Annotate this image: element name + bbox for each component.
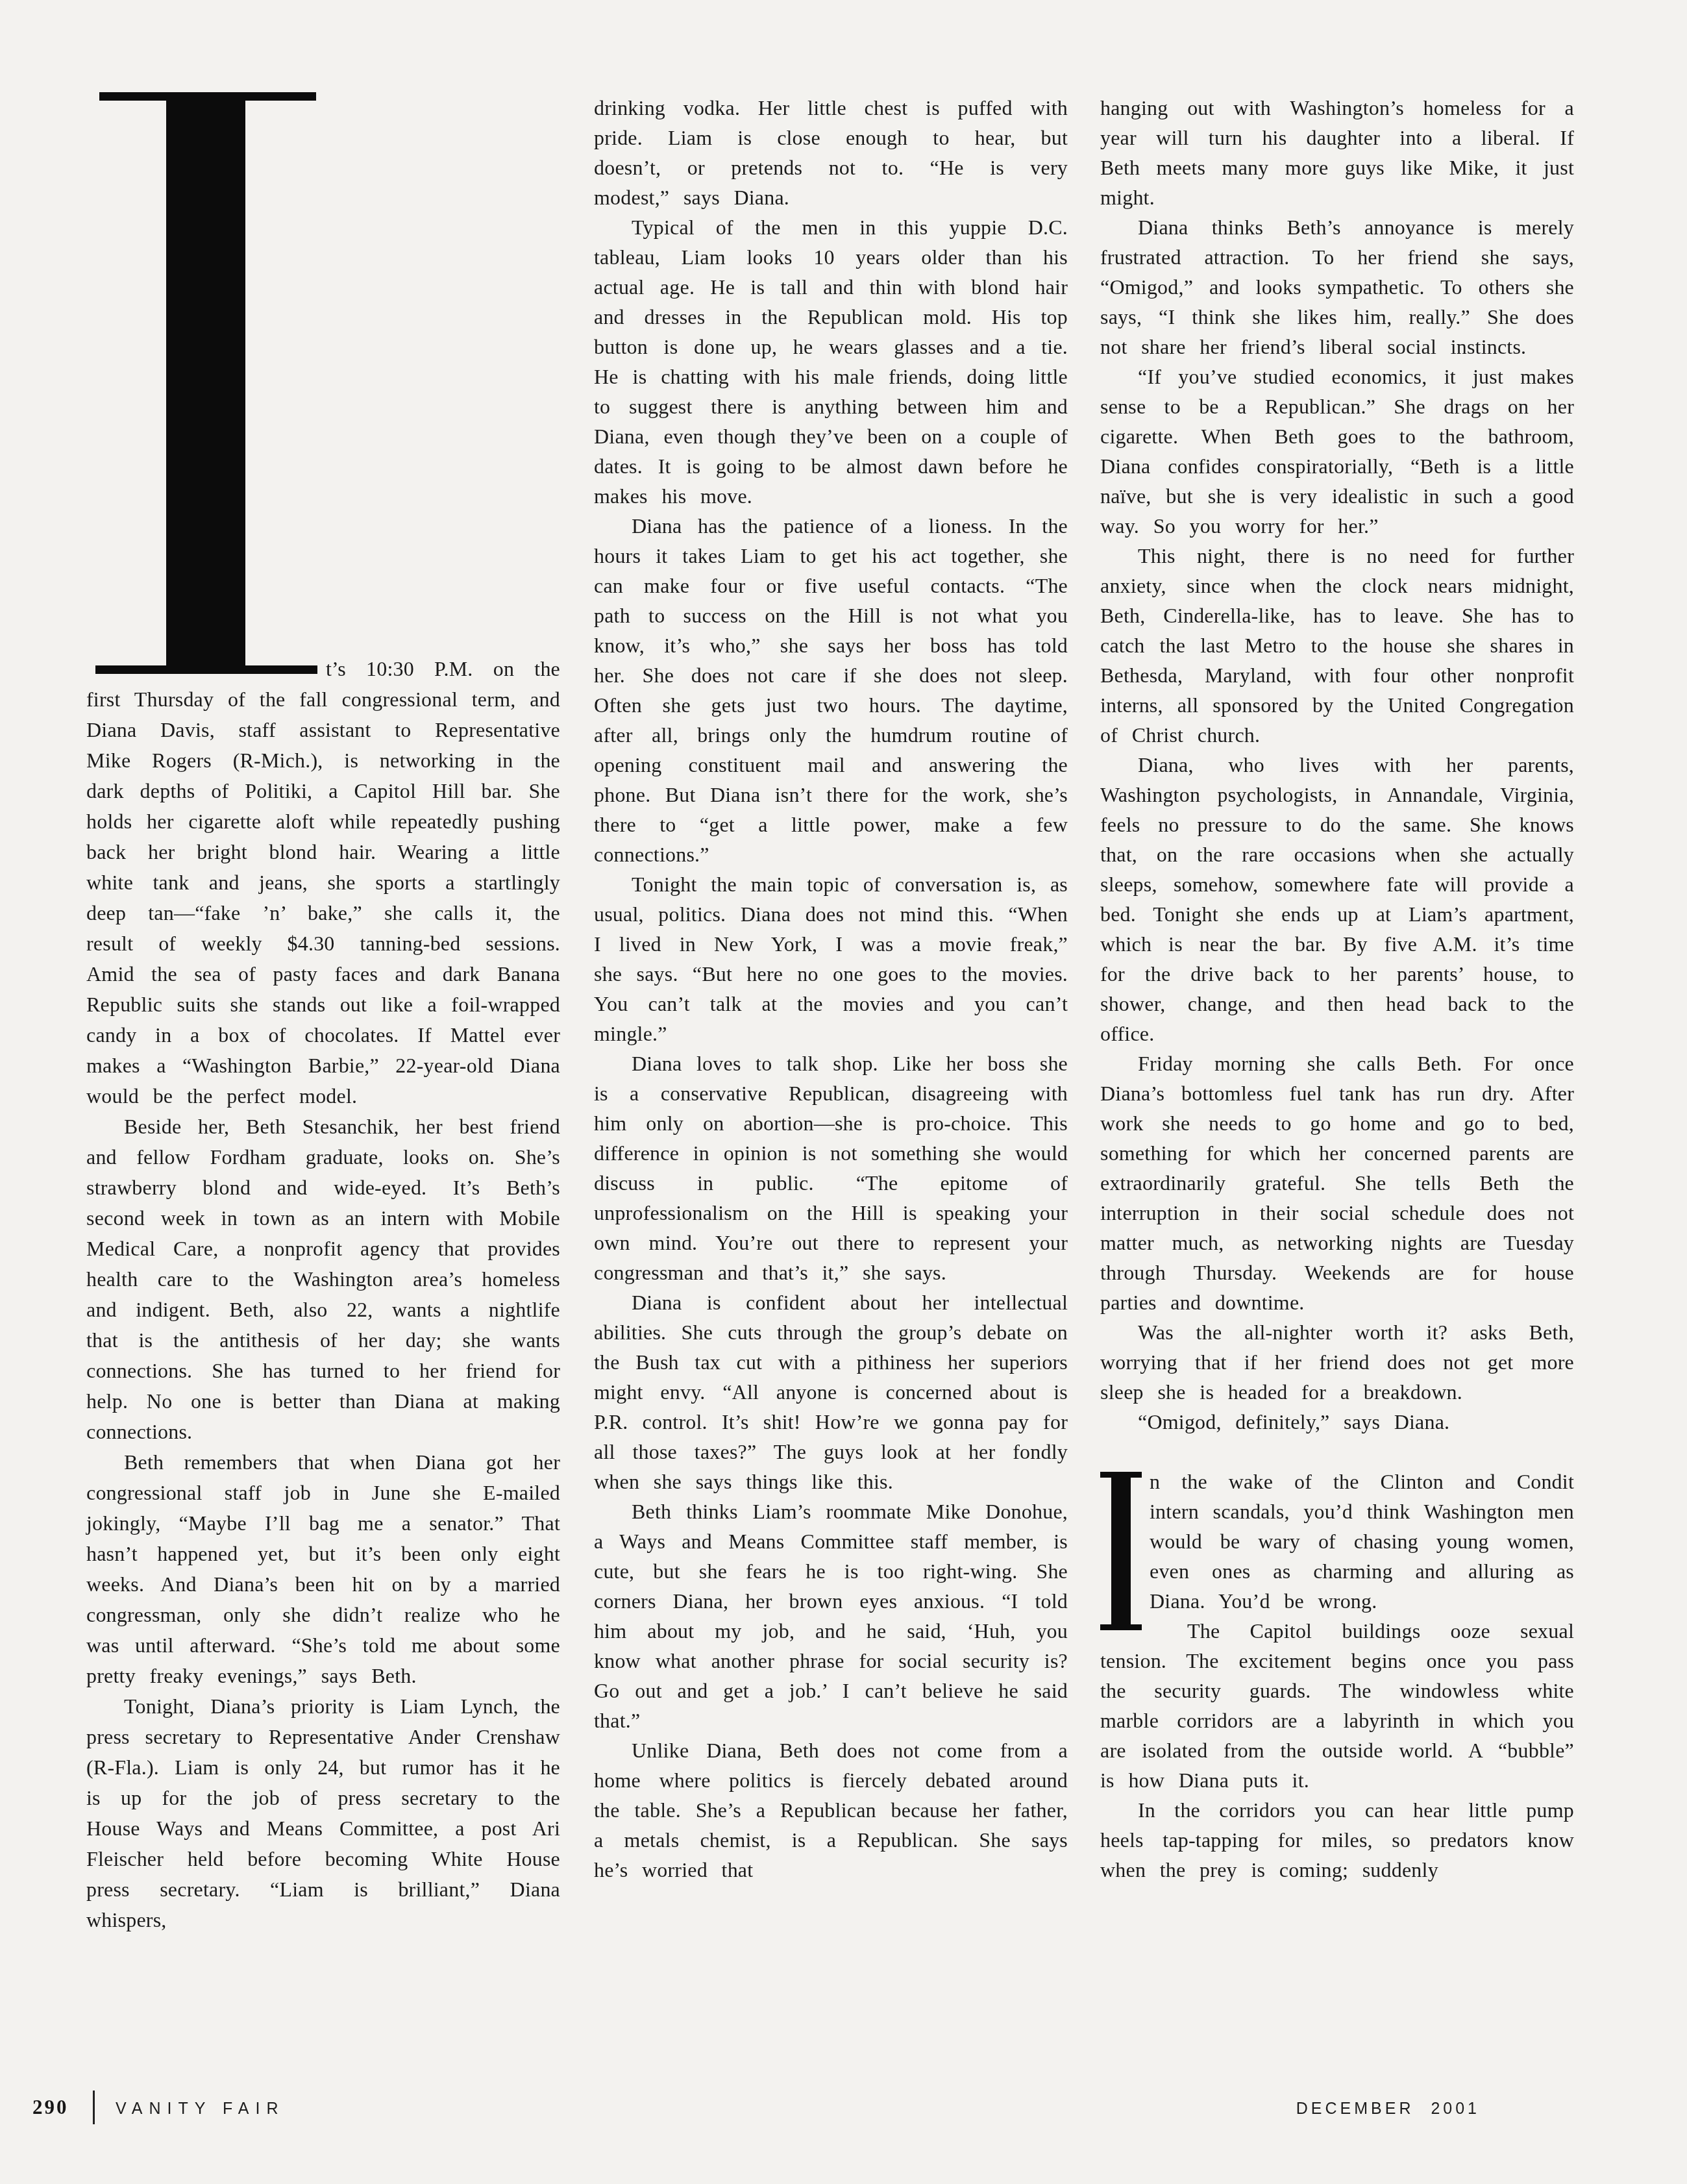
body-paragraph: t’s 10:30 P.M. on the first Thursday of … <box>86 654 560 1111</box>
body-paragraph: Diana, who lives with her parents, Washi… <box>1100 750 1574 1049</box>
magazine-name: VANITY FAIR <box>116 2100 285 2118</box>
body-paragraph: Tonight the main topic of conversation i… <box>594 869 1068 1049</box>
body-paragraph: Tonight, Diana’s priority is Liam Lynch,… <box>86 1691 560 1935</box>
body-paragraph: drinking vodka. Her little chest is puff… <box>594 93 1068 212</box>
column-1: t’s 10:30 P.M. on the first Thursday of … <box>86 654 560 1935</box>
section-opening-paragraph: n the wake of the Clinton and Condit int… <box>1100 1467 1574 1616</box>
body-paragraph: This night, there is no need for further… <box>1100 541 1574 750</box>
column-3: hanging out with Washington’s homeless f… <box>1100 93 1574 1885</box>
page-number: 290 <box>32 2096 69 2119</box>
body-paragraph: Diana has the patience of a lioness. In … <box>594 511 1068 869</box>
drop-cap-stem <box>166 92 245 674</box>
body-paragraph: Beth thinks Liam’s roommate Mike Donohue… <box>594 1496 1068 1735</box>
body-paragraph: Unlike Diana, Beth does not come from a … <box>594 1735 1068 1885</box>
magazine-page: t’s 10:30 P.M. on the first Thursday of … <box>0 0 1687 2184</box>
drop-cap-stem <box>1111 1472 1131 1630</box>
body-paragraph: Diana is confident about her intellectua… <box>594 1287 1068 1496</box>
body-paragraph: Beth remembers that when Diana got her c… <box>86 1447 560 1691</box>
body-paragraph: The Capitol buildings ooze sexual tensio… <box>1100 1616 1574 1795</box>
body-paragraph-text: n the wake of the Clinton and Condit int… <box>1150 1470 1574 1613</box>
issue-date: DECEMBER 2001 <box>1296 2100 1480 2118</box>
body-paragraph: Beside her, Beth Stesanchik, her best fr… <box>86 1111 560 1447</box>
body-paragraph: “If you’ve studied economics, it just ma… <box>1100 362 1574 541</box>
body-paragraph: Diana thinks Beth’s annoyance is merely … <box>1100 212 1574 362</box>
drop-cap-bottom-serif <box>1100 1624 1142 1630</box>
body-paragraph: Friday morning she calls Beth. For once … <box>1100 1049 1574 1317</box>
drop-cap-small-I <box>1100 1467 1150 1646</box>
body-paragraph: Typical of the men in this yuppie D.C. t… <box>594 212 1068 511</box>
body-paragraph: Was the all-nighter worth it? asks Beth,… <box>1100 1317 1574 1407</box>
body-paragraph: Diana loves to talk shop. Like her boss … <box>594 1049 1068 1287</box>
body-paragraph: hanging out with Washington’s homeless f… <box>1100 93 1574 212</box>
body-paragraph: “Omigod, definitely,” says Diana. <box>1100 1407 1574 1437</box>
footer-divider-rule <box>93 2091 95 2124</box>
drop-cap-large-I <box>95 92 317 674</box>
body-paragraph: In the corridors you can hear little pum… <box>1100 1795 1574 1885</box>
column-2: drinking vodka. Her little chest is puff… <box>594 93 1068 1885</box>
